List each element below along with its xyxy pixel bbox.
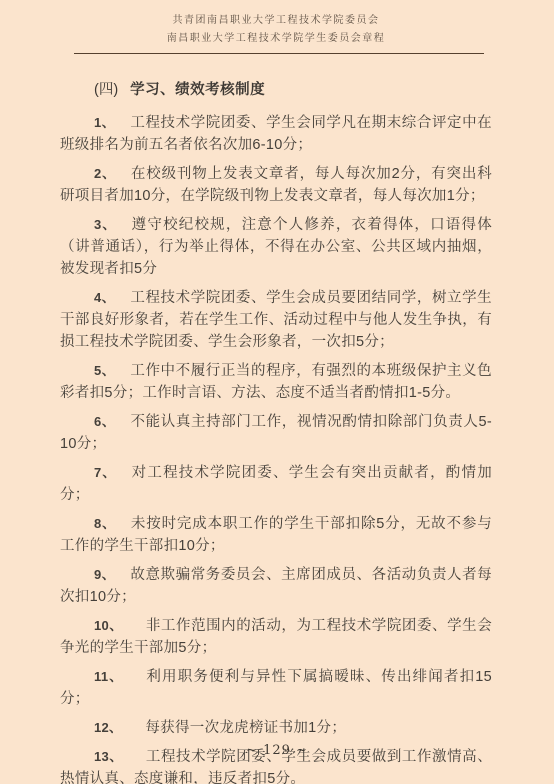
list-item: 7、对工程技术学院团委、学生会有突出贡献者，酌情加分； [60, 462, 492, 506]
item-number: 8、 [94, 516, 116, 531]
list-item: 2、在校级刊物上发表文章者，每人每次加2分，有突出科研项目者加10分，在学院级刊… [60, 163, 492, 207]
item-number: 12、 [94, 720, 122, 735]
list-item: 1、工程技术学院团委、学生会同学凡在期末综合评定中在班级排名为前五名者依名次加6… [60, 112, 492, 156]
item-text: 工作中不履行正当的程序，有强烈的本班级保护主义色彩者扣5分；工作时言语、方法、态… [60, 363, 492, 401]
section-title: 学习、绩效考核制度 [130, 82, 265, 98]
item-number: 7、 [94, 465, 117, 480]
section-label: (四) [94, 82, 118, 98]
document-body: 1、工程技术学院团委、学生会同学凡在期末综合评定中在班级排名为前五名者依名次加6… [60, 112, 492, 784]
item-text: 利用职务便利与异性下属搞暧昧、传出绯闻者扣15分； [60, 669, 492, 707]
list-item: 8、未按时完成本职工作的学生干部扣除5分，无故不参与工作的学生干部扣10分； [60, 513, 492, 557]
list-item: 6、不能认真主持部门工作，视情况酌情扣除部门负责人5-10分； [60, 411, 492, 455]
item-number: 11、 [94, 669, 123, 684]
list-item: 5、工作中不履行正当的程序，有强烈的本班级保护主义色彩者扣5分；工作时言语、方法… [60, 360, 492, 404]
item-text: 不能认真主持部门工作，视情况酌情扣除部门负责人5-10分； [60, 414, 492, 452]
list-item: 11、利用职务便利与异性下属搞暧昧、传出绯闻者扣15分； [60, 666, 492, 710]
list-item: 10、非工作范围内的活动，为工程技术学院团委、学生会争光的学生干部加5分； [60, 615, 492, 659]
header-rule [74, 53, 484, 54]
item-number: 10、 [94, 618, 123, 633]
item-text: 未按时完成本职工作的学生干部扣除5分，无故不参与工作的学生干部扣10分； [60, 516, 492, 554]
document-header: 共青团南昌职业大学工程技术学院委员会 南昌职业大学工程技术学院学生委员会章程 [60, 12, 492, 48]
page-number: ~ 129 ~ [0, 743, 554, 758]
list-item: 3、遵守校纪校规，注意个人修养，衣着得体，口语得体（讲普通话），行为举止得体，不… [60, 214, 492, 280]
list-item: 4、工程技术学院团委、学生会成员要团结同学，树立学生干部良好形象者，若在学生工作… [60, 287, 492, 353]
item-number: 9、 [94, 567, 115, 582]
item-text: 非工作范围内的活动，为工程技术学院团委、学生会争光的学生干部加5分； [60, 618, 492, 656]
item-number: 4、 [94, 290, 115, 305]
item-text: 遵守校纪校规，注意个人修养，衣着得体，口语得体（讲普通话），行为举止得体，不得在… [60, 217, 492, 277]
item-number: 1、 [94, 115, 115, 130]
item-number: 2、 [94, 166, 116, 181]
item-text: 工程技术学院团委、学生会成员要团结同学，树立学生干部良好形象者，若在学生工作、活… [60, 290, 492, 350]
item-text: 工程技术学院团委、学生会同学凡在期末综合评定中在班级排名为前五名者依名次加6-1… [60, 115, 492, 153]
item-text: 故意欺骗常务委员会、主席团成员、各活动负责人者每次扣10分； [60, 567, 492, 605]
header-line-1: 共青团南昌职业大学工程技术学院委员会 [60, 12, 492, 30]
item-number: 6、 [94, 414, 116, 429]
document-page: 共青团南昌职业大学工程技术学院委员会 南昌职业大学工程技术学院学生委员会章程 (… [0, 0, 554, 784]
item-text: 每获得一次龙虎榜证书加1分； [145, 720, 346, 736]
list-item: 9、故意欺骗常务委员会、主席团成员、各活动负责人者每次扣10分； [60, 564, 492, 608]
item-number: 3、 [94, 217, 117, 232]
item-text: 在校级刊物上发表文章者，每人每次加2分，有突出科研项目者加10分，在学院级刊物上… [60, 166, 492, 204]
section-heading: (四)学习、绩效考核制度 [60, 78, 492, 99]
header-line-2: 南昌职业大学工程技术学院学生委员会章程 [60, 30, 492, 48]
item-number: 5、 [94, 363, 115, 378]
item-text: 对工程技术学院团委、学生会有突出贡献者，酌情加分； [60, 465, 492, 503]
list-item: 12、每获得一次龙虎榜证书加1分； [60, 717, 492, 739]
